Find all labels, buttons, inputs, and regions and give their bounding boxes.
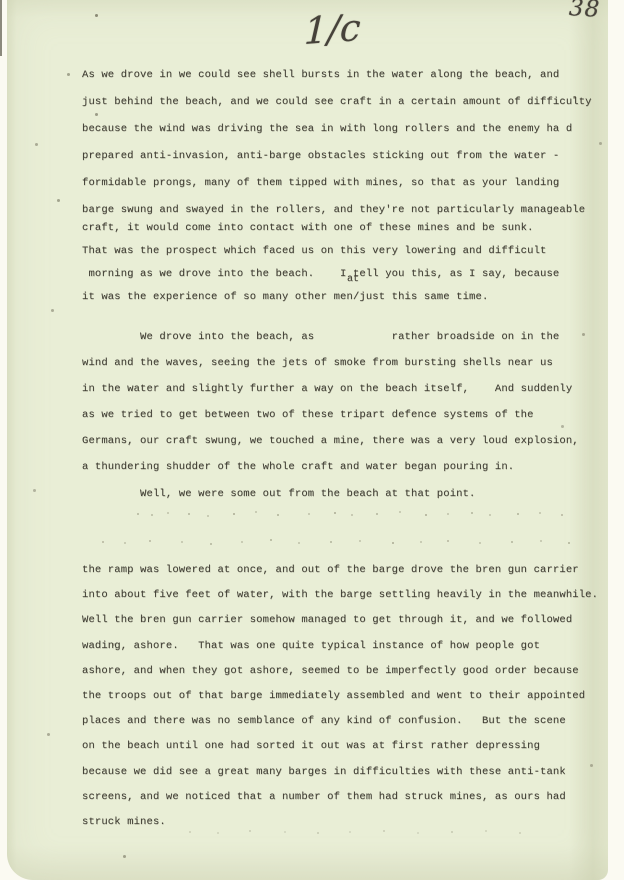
typed-line: it was the experience of so many other m… — [82, 286, 588, 309]
typed-line: Well, we were some out from the beach at… — [82, 481, 588, 507]
typed-line: a thundering shudder of the whole craft … — [82, 454, 588, 480]
typed-line: wind and the waves, seeing the jets of s… — [82, 350, 588, 376]
typed-line: Germans, our craft swung, we touched a m… — [82, 428, 588, 454]
typed-line: because the wind was driving the sea in … — [82, 116, 588, 143]
erased-text-smudge — [102, 541, 104, 543]
typed-line: just behind the beach, and we could see … — [82, 89, 588, 116]
paragraph-1-upper: As we drove in we could see shell bursts… — [82, 62, 588, 224]
handwritten-reference-mark: 1/c — [303, 6, 361, 53]
erased-text-smudge — [137, 513, 139, 515]
typed-line: on the beach until one had sorted it out… — [82, 734, 588, 759]
typed-line: prepared anti-invasion, anti-barge obsta… — [82, 143, 588, 170]
paragraph-2: We drove into the beach, as rather broad… — [82, 324, 588, 480]
typed-line: craft, it would come into contact with o… — [82, 217, 588, 240]
typed-line: places and there was no semblance of any… — [82, 709, 588, 734]
typed-line: because we did see a great many barges i… — [82, 760, 588, 785]
typed-line: We drove into the beach, as rather broad… — [82, 324, 588, 350]
document-scan: 1/c 38 As we drove in we could see shell… — [0, 0, 624, 880]
typed-line: screens, and we noticed that a number of… — [82, 785, 588, 810]
paper-sheet: 1/c 38 As we drove in we could see shell… — [7, 0, 608, 880]
paragraph-4: the ramp was lowered at once, and out of… — [82, 558, 588, 835]
typed-line: the troops out of that barge immediately… — [82, 684, 588, 709]
typed-line: wading, ashore. That was one quite typic… — [82, 634, 588, 659]
typed-line: morning as we drove into the beach. I te… — [82, 263, 588, 286]
bleed-through-text-smudge — [189, 831, 191, 833]
paper-specks — [95, 14, 98, 17]
typed-line: the ramp was lowered at once, and out of… — [82, 558, 588, 583]
typed-line: As we drove in we could see shell bursts… — [82, 62, 588, 89]
typed-line: ashore, and when they got ashore, seemed… — [82, 659, 588, 684]
typed-line: formidable prongs, many of them tipped w… — [82, 170, 588, 197]
typed-line: That was the prospect which faced us on … — [82, 240, 588, 263]
scan-edge-artifact — [0, 0, 2, 56]
typed-line: into about five feet of water, with the … — [82, 583, 588, 608]
paragraph-1-lower: craft, it would come into contact with o… — [82, 217, 588, 309]
handwritten-page-number: 38 — [568, 0, 601, 23]
typed-insertion-word: at — [347, 274, 359, 285]
typed-line: in the water and slightly further a way … — [82, 376, 588, 402]
typed-line: as we tried to get between two of these … — [82, 402, 588, 428]
typed-line: Well the bren gun carrier somehow manage… — [82, 608, 588, 633]
paragraph-3: Well, we were some out from the beach at… — [82, 481, 588, 507]
typed-line: struck mines. — [82, 810, 588, 835]
